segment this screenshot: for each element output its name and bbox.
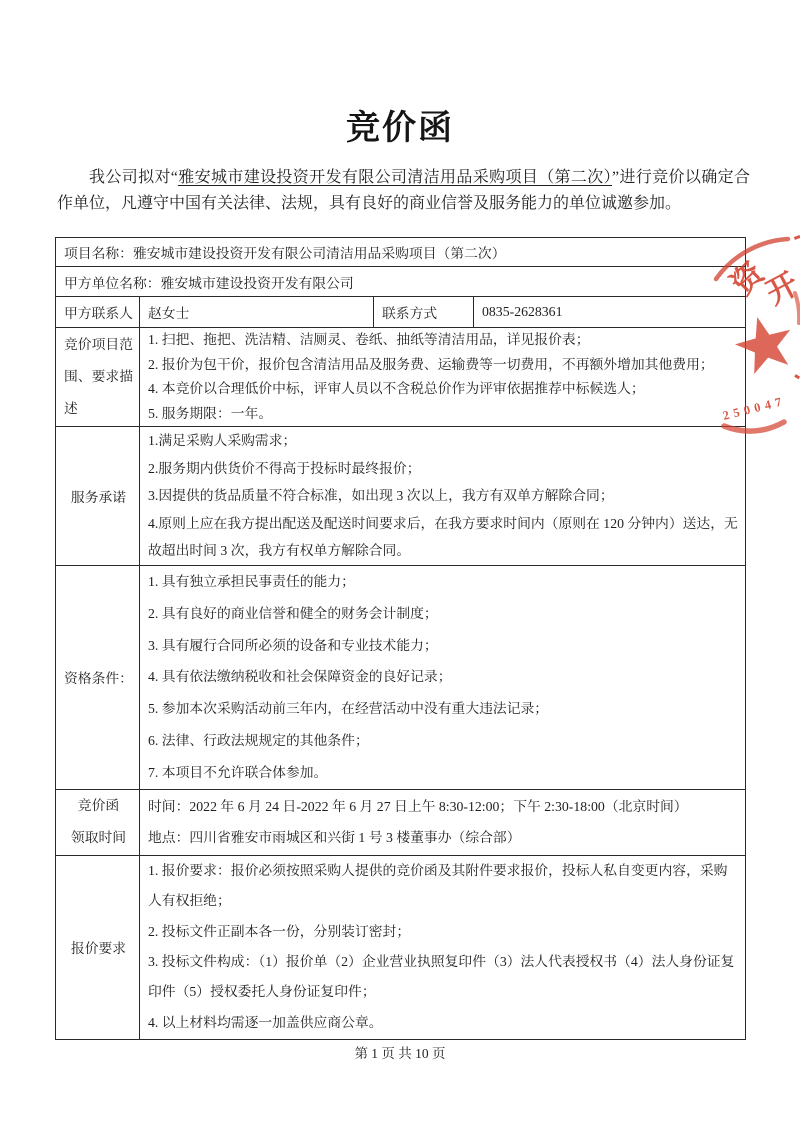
cell-party-a-name: 甲方单位名称：雅安城市建设投资开发有限公司 — [56, 267, 746, 297]
qualification-line: 7. 本项目不允许联合体参加。 — [148, 757, 739, 789]
page-number: 第 1 页 共 10 页 — [0, 1042, 800, 1062]
document-page: 竞价函 我公司拟对“雅安城市建设投资开发有限公司清洁用品采购项目（第二次）”进行… — [0, 0, 800, 1131]
scope-line: 5. 服务期限：一年。 — [148, 402, 739, 427]
pickup-time-line: 时间：2022 年 6 月 24 日-2022 年 6 月 27 日上午 8:3… — [148, 791, 739, 822]
cell-quote-req-label: 报价要求 — [56, 855, 140, 1039]
pickup-label-line2: 领取时间 — [64, 822, 133, 854]
intro-prefix: 我公司拟对“ — [89, 169, 178, 186]
document-title: 竞价函 — [0, 0, 800, 149]
pickup-place-line: 地点：四川省雅安市雨城区和兴街 1 号 3 楼董事办（综合部） — [148, 822, 739, 853]
cell-qualifications-label: 资格条件： — [56, 566, 140, 790]
qualification-line: 1. 具有独立承担民事责任的能力； — [148, 566, 739, 598]
qualification-line: 2. 具有良好的商业信誉和健全的财务会计制度； — [148, 598, 739, 630]
cell-contact-name: 赵女士 — [140, 297, 374, 328]
cell-service-label: 服务承诺 — [56, 427, 140, 566]
bid-info-table: 项目名称：雅安城市建设投资开发有限公司清洁用品采购项目（第二次） 甲方单位名称：… — [55, 237, 746, 1040]
seal-ink-fleck — [794, 374, 800, 379]
cell-qualifications-content: 1. 具有独立承担民事责任的能力； 2. 具有良好的商业信誉和健全的财务会计制度… — [140, 566, 746, 790]
seal-ink-fleck — [794, 235, 800, 240]
row-qualifications: 资格条件： 1. 具有独立承担民事责任的能力； 2. 具有良好的商业信誉和健全的… — [56, 566, 746, 790]
scope-label-line3: 述 — [64, 393, 133, 425]
quote-req-line: 3. 投标文件构成：（1）报价单（2）企业营业执照复印件（3）法人代表授权书（4… — [148, 947, 739, 1008]
scope-label-line1: 竞价项目范 — [64, 329, 133, 361]
service-line: 4.原则上应在我方提出配送及配送时间要求后，在我方要求时间内（原则在 120 分… — [148, 510, 739, 565]
cell-project-name: 项目名称：雅安城市建设投资开发有限公司清洁用品采购项目（第二次） — [56, 238, 746, 267]
intro-paragraph: 我公司拟对“雅安城市建设投资开发有限公司清洁用品采购项目（第二次）”进行竞价以确… — [57, 165, 750, 216]
service-line: 3.因提供的货品质量不符合标准，如出现 3 次以上，我方有双单方解除合同； — [148, 482, 739, 510]
scope-line: 2. 报价为包干价，报价包含清洁用品及服务费、运输费等一切费用，不再额外增加其他… — [148, 353, 739, 378]
seal-text-char2: 开 — [760, 266, 800, 311]
quote-req-line: 4. 以上材料均需逐一加盖供应商公章。 — [148, 1008, 739, 1038]
qualification-line: 6. 法律、行政法规规定的其他条件； — [148, 725, 739, 757]
qualification-line: 5. 参加本次采购活动前三年内，在经营活动中没有重大违法记录； — [148, 693, 739, 725]
service-line: 2.服务期内供货价不得高于投标时最终报价； — [148, 455, 739, 483]
cell-quote-req-content: 1. 报价要求：报价必须按照采购人提供的竞价函及其附件要求报价，投标人私自变更内… — [140, 855, 746, 1039]
row-letter-pickup: 竞价函 领取时间 时间：2022 年 6 月 24 日-2022 年 6 月 2… — [56, 789, 746, 855]
intro-project-name-underlined: 雅安城市建设投资开发有限公司清洁用品采购项目（第二次） — [178, 169, 612, 186]
qualification-line: 4. 具有依法缴纳税收和社会保障资金的良好记录； — [148, 661, 739, 693]
pickup-label-line1: 竞价函 — [64, 790, 133, 822]
row-service-commitment: 服务承诺 1.满足采购人采购需求； 2.服务期内供货价不得高于投标时最终报价； … — [56, 427, 746, 566]
cell-pickup-content: 时间：2022 年 6 月 24 日-2022 年 6 月 27 日上午 8:3… — [140, 789, 746, 855]
cell-phone-label: 联系方式 — [374, 297, 474, 328]
row-quotation-requirements: 报价要求 1. 报价要求：报价必须按照采购人提供的竞价函及其附件要求报价，投标人… — [56, 855, 746, 1039]
seal-arc-right — [795, 293, 799, 323]
quote-req-line: 2. 投标文件正副本各一份，分别装订密封； — [148, 917, 739, 947]
service-line: 1.满足采购人采购需求； — [148, 427, 739, 455]
row-party-a-name: 甲方单位名称：雅安城市建设投资开发有限公司 — [56, 267, 746, 297]
scope-line: 1. 扫把、拖把、洗洁精、洁厕灵、卷纸、抽纸等清洁用品，详见报价表； — [148, 328, 739, 353]
qualification-line: 3. 具有履行合同所必须的设备和专业技术能力； — [148, 630, 739, 662]
scope-label-line2: 围、要求描 — [64, 361, 133, 393]
row-project-name: 项目名称：雅安城市建设投资开发有限公司清洁用品采购项目（第二次） — [56, 238, 746, 267]
quote-req-line: 1. 报价要求：报价必须按照采购人提供的竞价函及其附件要求报价，投标人私自变更内… — [148, 856, 739, 917]
scope-line: 4. 本竞价以合理低价中标，评审人员以不含税总价作为评审依据推荐中标候选人； — [148, 377, 739, 402]
cell-pickup-label: 竞价函 领取时间 — [56, 789, 140, 855]
row-contact: 甲方联系人 赵女士 联系方式 0835-2628361 — [56, 297, 746, 328]
row-scope: 竞价项目范 围、要求描 述 1. 扫把、拖把、洗洁精、洁厕灵、卷纸、抽纸等清洁用… — [56, 328, 746, 427]
cell-phone-number: 0835-2628361 — [474, 297, 746, 328]
cell-service-content: 1.满足采购人采购需求； 2.服务期内供货价不得高于投标时最终报价； 3.因提供… — [140, 427, 746, 566]
cell-scope-label: 竞价项目范 围、要求描 述 — [56, 328, 140, 427]
cell-contact-label: 甲方联系人 — [56, 297, 140, 328]
cell-scope-content: 1. 扫把、拖把、洗洁精、洁厕灵、卷纸、抽纸等清洁用品，详见报价表； 2. 报价… — [140, 328, 746, 427]
